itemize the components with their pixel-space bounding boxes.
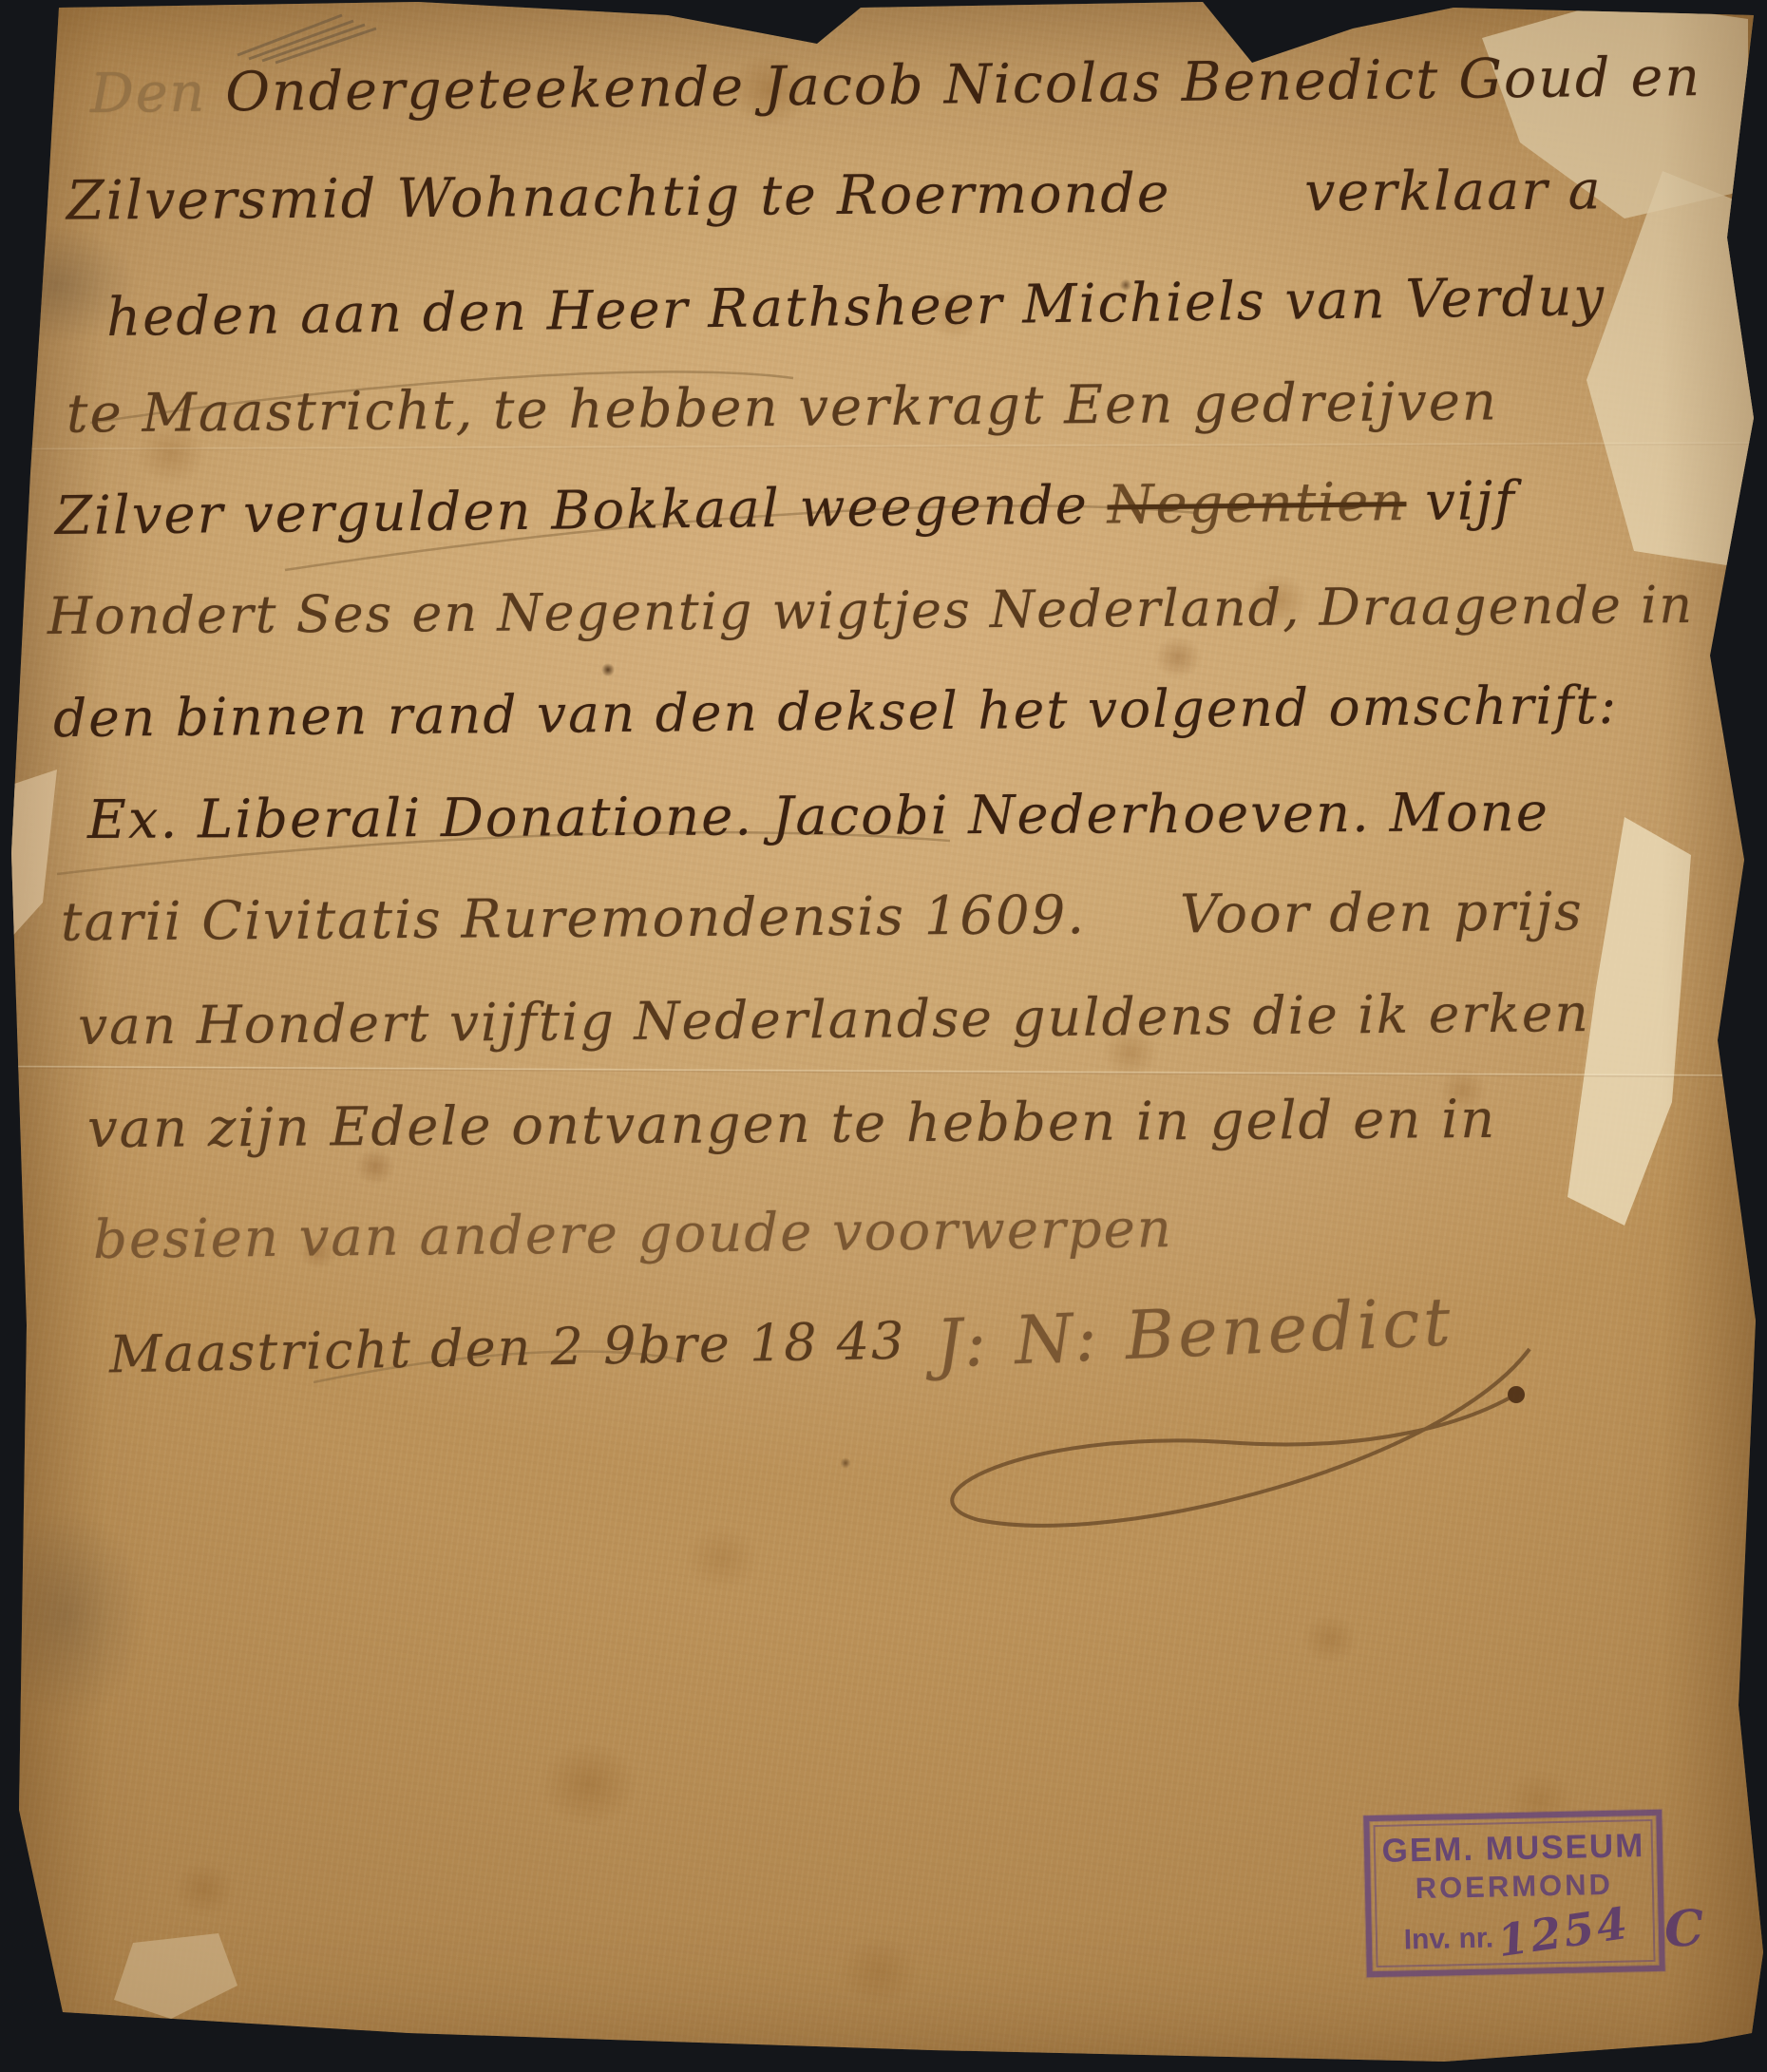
paper-sheet: Den Ondergeteekende Jacob Nicolas Benedi… xyxy=(0,0,1767,2072)
manuscript-text: Zilver vergulden Bokkaal weegende xyxy=(55,474,1108,547)
stamp-inventory-line: Inv. nr. 1254 xyxy=(1403,1904,1627,1960)
manuscript-line: van zijn Edele ontvangen te hebben in ge… xyxy=(87,1093,1497,1156)
manuscript-line: den binnen rand van den deksel het volge… xyxy=(53,679,1619,745)
torn-patch xyxy=(0,770,66,950)
museum-stamp-inner-border: GEM. MUSEUM ROERMOND Inv. nr. 1254 xyxy=(1373,1819,1655,1967)
manuscript-line: te Maastricht, te hebben verkragt Een ge… xyxy=(66,375,1498,441)
manuscript-line: Zilver vergulden Bokkaal weegende Negent… xyxy=(55,475,1516,543)
manuscript-text: Ondergeteekende Jacob Nicolas Benedict G… xyxy=(225,46,1701,124)
stamp-city: ROERMOND xyxy=(1415,1868,1613,1906)
signature: J: N: Benedict xyxy=(935,1288,1455,1378)
manuscript-line: Den Ondergeteekende Jacob Nicolas Benedi… xyxy=(90,50,1702,122)
manuscript-line: besien van andere goude voorwerpen xyxy=(93,1203,1173,1267)
stamp-annotation-letter: C xyxy=(1662,1899,1705,1959)
manuscript-line: van Hondert vijftig Nederlandse guldens … xyxy=(78,987,1590,1053)
torn-patch xyxy=(1577,171,1757,570)
manuscript-line: Ex. Liberali Donatione. Jacobi Nederhoev… xyxy=(87,787,1549,847)
manuscript-line: Zilversmid Wohnachtig te Roermonde verkl… xyxy=(66,163,1603,228)
struck-word: Negentien xyxy=(1107,471,1406,536)
manuscript-line: heden aan den Heer Rathsheer Michiels va… xyxy=(106,271,1606,345)
stamp-inventory-number: 1254 xyxy=(1494,1897,1633,1967)
museum-stamp: GEM. MUSEUM ROERMOND Inv. nr. 1254 xyxy=(1363,1810,1664,1978)
stamp-inventory-label: Inv. nr. xyxy=(1403,1922,1493,1956)
manuscript-word-faded: Den xyxy=(90,61,226,124)
torn-patch xyxy=(114,1933,237,2019)
dateline: Maastricht den 2 9bre 18 43 xyxy=(109,1316,906,1381)
fold-crease xyxy=(0,1065,1767,1078)
stamp-museum-name: GEM. MUSEUM xyxy=(1381,1827,1645,1871)
manuscript-line: tarii Civitatis Ruremondensis 1609. Voor… xyxy=(61,885,1584,949)
manuscript-line: Hondert Ses en Negentig wigtjes Nederlan… xyxy=(47,580,1694,642)
manuscript-text: vijf xyxy=(1406,470,1516,533)
